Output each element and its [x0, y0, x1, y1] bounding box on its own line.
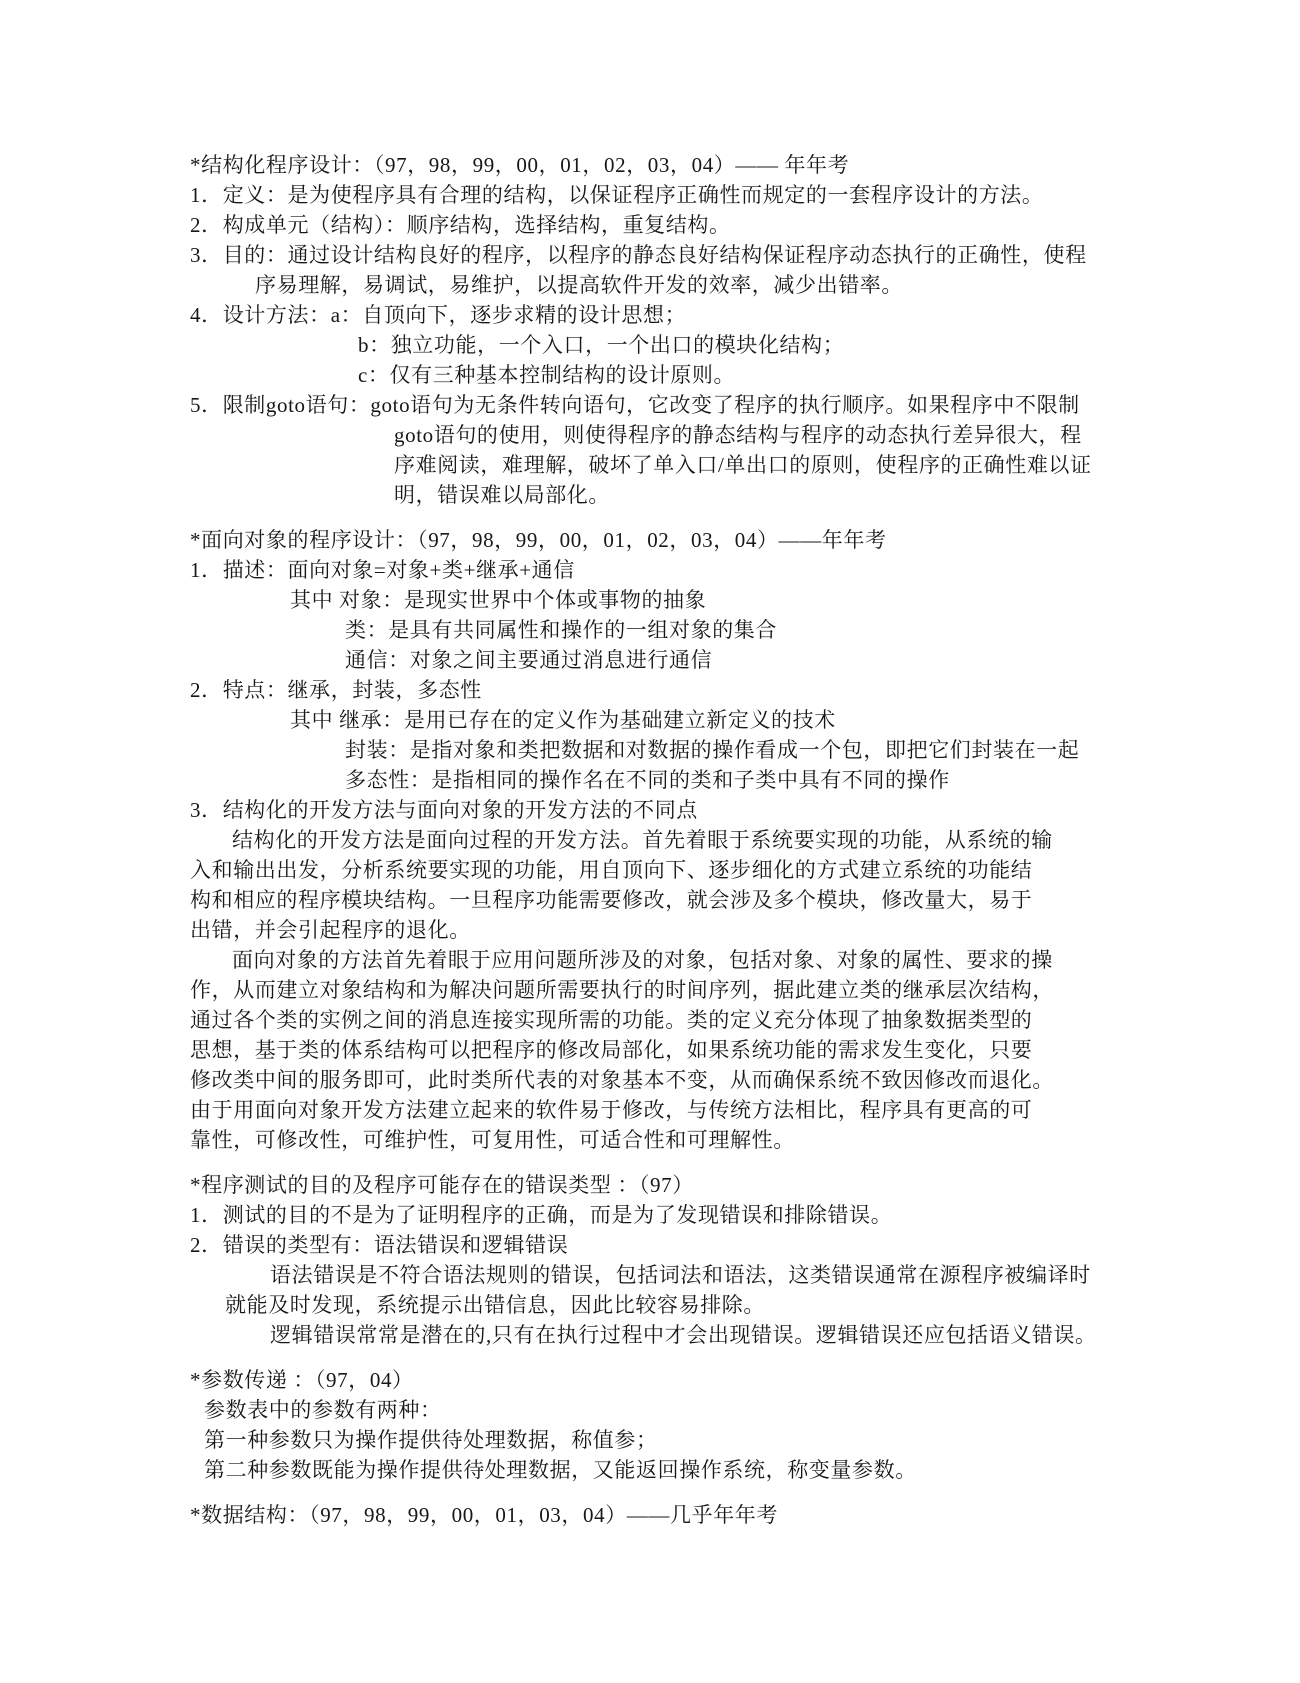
doc-line: 由于用面向对象开发方法建立起来的软件易于修改，与传统方法相比，程序具有更高的可 [190, 1095, 1200, 1125]
doc-line: 5．限制goto语句：goto语句为无条件转向语句，它改变了程序的执行顺序。如果… [190, 390, 1200, 420]
section-gap [190, 1350, 1200, 1365]
doc-line: 通信：对象之间主要通过消息进行通信 [345, 645, 1200, 675]
doc-line: 封装：是指对象和类把数据和对数据的操作看成一个包，即把它们封装在一起 [345, 735, 1200, 765]
doc-line: b：独立功能，一个入口，一个出口的模块化结构； [358, 330, 1200, 360]
doc-line: 1．描述：面向对象=对象+类+继承+通信 [190, 555, 1200, 585]
doc-line: 其中 对象：是现实世界中个体或事物的抽象 [290, 585, 1200, 615]
doc-line: 作，从而建立对象结构和为解决问题所需要执行的时间序列，据此建立类的继承层次结构， [190, 975, 1200, 1005]
doc-line: 修改类中间的服务即可，此时类所代表的对象基本不变，从而确保系统不致因修改而退化。 [190, 1065, 1200, 1095]
doc-line: 第二种参数既能为操作提供待处理数据，又能返回操作系统，称变量参数。 [204, 1455, 1200, 1485]
doc-line: 2．特点：继承，封装，多态性 [190, 675, 1200, 705]
doc-line: 就能及时发现，系统提示出错信息，因此比较容易排除。 [225, 1290, 1200, 1320]
section-gap [190, 1485, 1200, 1500]
section-data-structures: *数据结构：（97，98，99，00，01，03，04）——几乎年年考 [190, 1500, 1200, 1530]
doc-line: 3．结构化的开发方法与面向对象的开发方法的不同点 [190, 795, 1200, 825]
doc-line: 第一种参数只为操作提供待处理数据，称值参； [204, 1425, 1200, 1455]
section-title: *参数传递 ：（97，04） [190, 1365, 1200, 1395]
notes-document: *结构化程序设计：（97，98，99，00，01，02，03，04）—— 年年考… [190, 150, 1200, 1530]
doc-line: 靠性，可修改性，可维护性，可复用性，可适合性和可理解性。 [190, 1125, 1200, 1155]
doc-line: 多态性：是指相同的操作名在不同的类和子类中具有不同的操作 [345, 765, 1200, 795]
section-structured-programming: *结构化程序设计：（97，98，99，00，01，02，03，04）—— 年年考… [190, 150, 1200, 510]
doc-line: 出错，并会引起程序的退化。 [190, 915, 1200, 945]
section-gap [190, 510, 1200, 525]
doc-line: 通过各个类的实例之间的消息连接实现所需的功能。类的定义充分体现了抽象数据类型的 [190, 1005, 1200, 1035]
doc-line: 逻辑错误常常是潜在的,只有在执行过程中才会出现错误。逻辑错误还应包括语义错误。 [270, 1320, 1200, 1350]
doc-line: c：仅有三种基本控制结构的设计原则。 [358, 360, 1200, 390]
doc-line: 语法错误是不符合语法规则的错误，包括词法和语法，这类错误通常在源程序被编译时 [270, 1260, 1200, 1290]
section-title: *数据结构：（97，98，99，00，01，03，04）——几乎年年考 [190, 1500, 1200, 1530]
section-parameter-passing: *参数传递 ：（97，04） 参数表中的参数有两种： 第一种参数只为操作提供待处… [190, 1365, 1200, 1485]
doc-line: 2．构成单元（结构）：顺序结构，选择结构，重复结构。 [190, 210, 1200, 240]
doc-line: 结构化的开发方法是面向过程的开发方法。首先着眼于系统要实现的功能，从系统的输 [232, 825, 1200, 855]
doc-line: 参数表中的参数有两种： [204, 1395, 1200, 1425]
doc-line: 3．目的：通过设计结构良好的程序，以程序的静态良好结构保证程序动态执行的正确性，… [190, 240, 1200, 270]
section-program-testing: *程序测试的目的及程序可能存在的错误类型 ：（97） 1．测试的目的不是为了证明… [190, 1170, 1200, 1350]
section-gap [190, 1155, 1200, 1170]
doc-line: 序难阅读，难理解，破坏了单入口/单出口的原则，使程序的正确性难以证 [394, 450, 1200, 480]
doc-line: 1．定义：是为使程序具有合理的结构，以保证程序正确性而规定的一套程序设计的方法。 [190, 180, 1200, 210]
doc-line: 2．错误的类型有：语法错误和逻辑错误 [190, 1230, 1200, 1260]
doc-line: 4．设计方法：a：自顶向下，逐步求精的设计思想； [190, 300, 1200, 330]
section-object-oriented-programming: *面向对象的程序设计：（97，98，99，00，01，02，03，04）——年年… [190, 525, 1200, 1155]
section-title: *结构化程序设计：（97，98，99，00，01，02，03，04）—— 年年考 [190, 150, 1200, 180]
doc-line: 思想，基于类的体系结构可以把程序的修改局部化，如果系统功能的需求发生变化，只要 [190, 1035, 1200, 1065]
doc-line: 明，错误难以局部化。 [394, 480, 1200, 510]
doc-line: 构和相应的程序模块结构。一旦程序功能需要修改，就会涉及多个模块，修改量大，易于 [190, 885, 1200, 915]
section-title: *程序测试的目的及程序可能存在的错误类型 ：（97） [190, 1170, 1200, 1200]
doc-line: 面向对象的方法首先着眼于应用问题所涉及的对象，包括对象、对象的属性、要求的操 [232, 945, 1200, 975]
doc-line: 入和输出出发，分析系统要实现的功能，用自顶向下、逐步细化的方式建立系统的功能结 [190, 855, 1200, 885]
doc-line: 其中 继承：是用已存在的定义作为基础建立新定义的技术 [290, 705, 1200, 735]
document-page: *结构化程序设计：（97，98，99，00，01，02，03，04）—— 年年考… [0, 0, 1300, 1683]
doc-line: 1．测试的目的不是为了证明程序的正确，而是为了发现错误和排除错误。 [190, 1200, 1200, 1230]
section-title: *面向对象的程序设计：（97，98，99，00，01，02，03，04）——年年… [190, 525, 1200, 555]
doc-line: goto语句的使用，则使得程序的静态结构与程序的动态执行差异很大，程 [394, 420, 1200, 450]
doc-line: 类：是具有共同属性和操作的一组对象的集合 [345, 615, 1200, 645]
doc-line: 序易理解，易调试，易维护，以提高软件开发的效率，减少出错率。 [255, 270, 1200, 300]
